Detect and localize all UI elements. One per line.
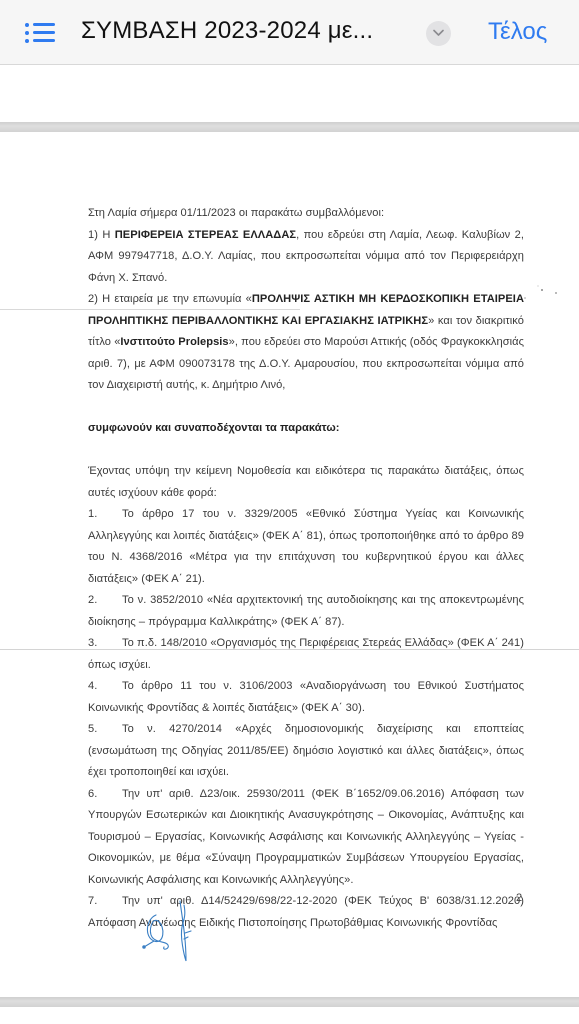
provision-item: 3.Το π.δ. 148/2010 «Οργανισμός της Περιφ… xyxy=(88,633,524,676)
legislation-intro: Έχοντας υπόψη την κείμενη Νομοθεσία και … xyxy=(88,461,524,504)
party-1: 1) Η ΠΕΡΙΦΕΡΕΙΑ ΣΤΕΡΕΑΣ ΕΛΛΑΔΑΣ, που εδρ… xyxy=(88,225,524,290)
agreement-heading: συμφωνούν και συναποδέχονται τα παρακάτω… xyxy=(88,418,524,440)
provision-text: Το ν. 4270/2014 «Αρχές δημοσιονομικής δι… xyxy=(88,723,524,778)
top-navigation-bar: ΣΥΜΒΑΣΗ 2023-2024 με... Τέλος xyxy=(0,0,579,65)
list-bullet-icon[interactable] xyxy=(25,21,55,45)
provision-number: 3. xyxy=(88,633,122,655)
intro-line: Στη Λαμία σήμερα 01/11/2023 οι παρακάτω … xyxy=(88,203,524,225)
provision-text: Το π.δ. 148/2010 «Οργανισμός της Περιφέρ… xyxy=(88,637,524,671)
done-button[interactable]: Τέλος xyxy=(488,18,547,46)
page-separator xyxy=(0,122,579,132)
provision-number: 1. xyxy=(88,504,122,526)
previous-page-bottom xyxy=(0,66,579,122)
page-separator xyxy=(0,997,579,1007)
provision-text: Την υπ' αριθ. Δ23/οικ. 25930/2011 (ΦΕΚ Β… xyxy=(88,788,524,886)
page-number: 2 xyxy=(516,892,522,904)
next-page-top xyxy=(0,1007,579,1024)
party-2-title: Ινστιτούτο Prolepsis xyxy=(120,336,228,348)
document-body: Στη Λαμία σήμερα 01/11/2023 οι παρακάτω … xyxy=(88,203,524,934)
document-page: Στη Λαμία σήμερα 01/11/2023 οι παρακάτω … xyxy=(0,132,579,997)
title-menu-button[interactable] xyxy=(426,21,451,46)
party-2: 2) Η εταιρεία με την επωνυμία «ΠΡΟΛΗΨΙΣ … xyxy=(88,289,524,397)
scan-specks xyxy=(520,284,560,304)
provision-number: 5. xyxy=(88,719,122,741)
chevron-down-icon xyxy=(433,29,444,37)
document-title[interactable]: ΣΥΜΒΑΣΗ 2023-2024 με... xyxy=(81,17,373,45)
provision-number: 6. xyxy=(88,784,122,806)
provision-item: 2.Το ν. 3852/2010 «Νέα αρχιτεκτονική της… xyxy=(88,590,524,633)
provision-item: 6.Την υπ' αριθ. Δ23/οικ. 25930/2011 (ΦΕΚ… xyxy=(88,784,524,892)
provision-item: 5.Το ν. 4270/2014 «Αρχές δημοσιονομικής … xyxy=(88,719,524,784)
provision-number: 7. xyxy=(88,891,122,913)
provision-text: Το άρθρο 11 του ν. 3106/2003 «Αναδιοργάν… xyxy=(88,680,524,714)
provision-text: Το ν. 3852/2010 «Νέα αρχιτεκτονική της α… xyxy=(88,594,524,628)
provision-item: 4.Το άρθρο 11 του ν. 3106/2003 «Αναδιοργ… xyxy=(88,676,524,719)
provision-number: 2. xyxy=(88,590,122,612)
signature-image xyxy=(140,897,240,972)
provisions-list: 1.Το άρθρο 17 του ν. 3329/2005 «Εθνικό Σ… xyxy=(88,504,524,934)
provision-item: 1.Το άρθρο 17 του ν. 3329/2005 «Εθνικό Σ… xyxy=(88,504,524,590)
party-1-name: ΠΕΡΙΦΕΡΕΙΑ ΣΤΕΡΕΑΣ ΕΛΛΑΔΑΣ xyxy=(115,229,296,241)
provision-text: Το άρθρο 17 του ν. 3329/2005 «Εθνικό Σύσ… xyxy=(88,508,524,585)
provision-number: 4. xyxy=(88,676,122,698)
